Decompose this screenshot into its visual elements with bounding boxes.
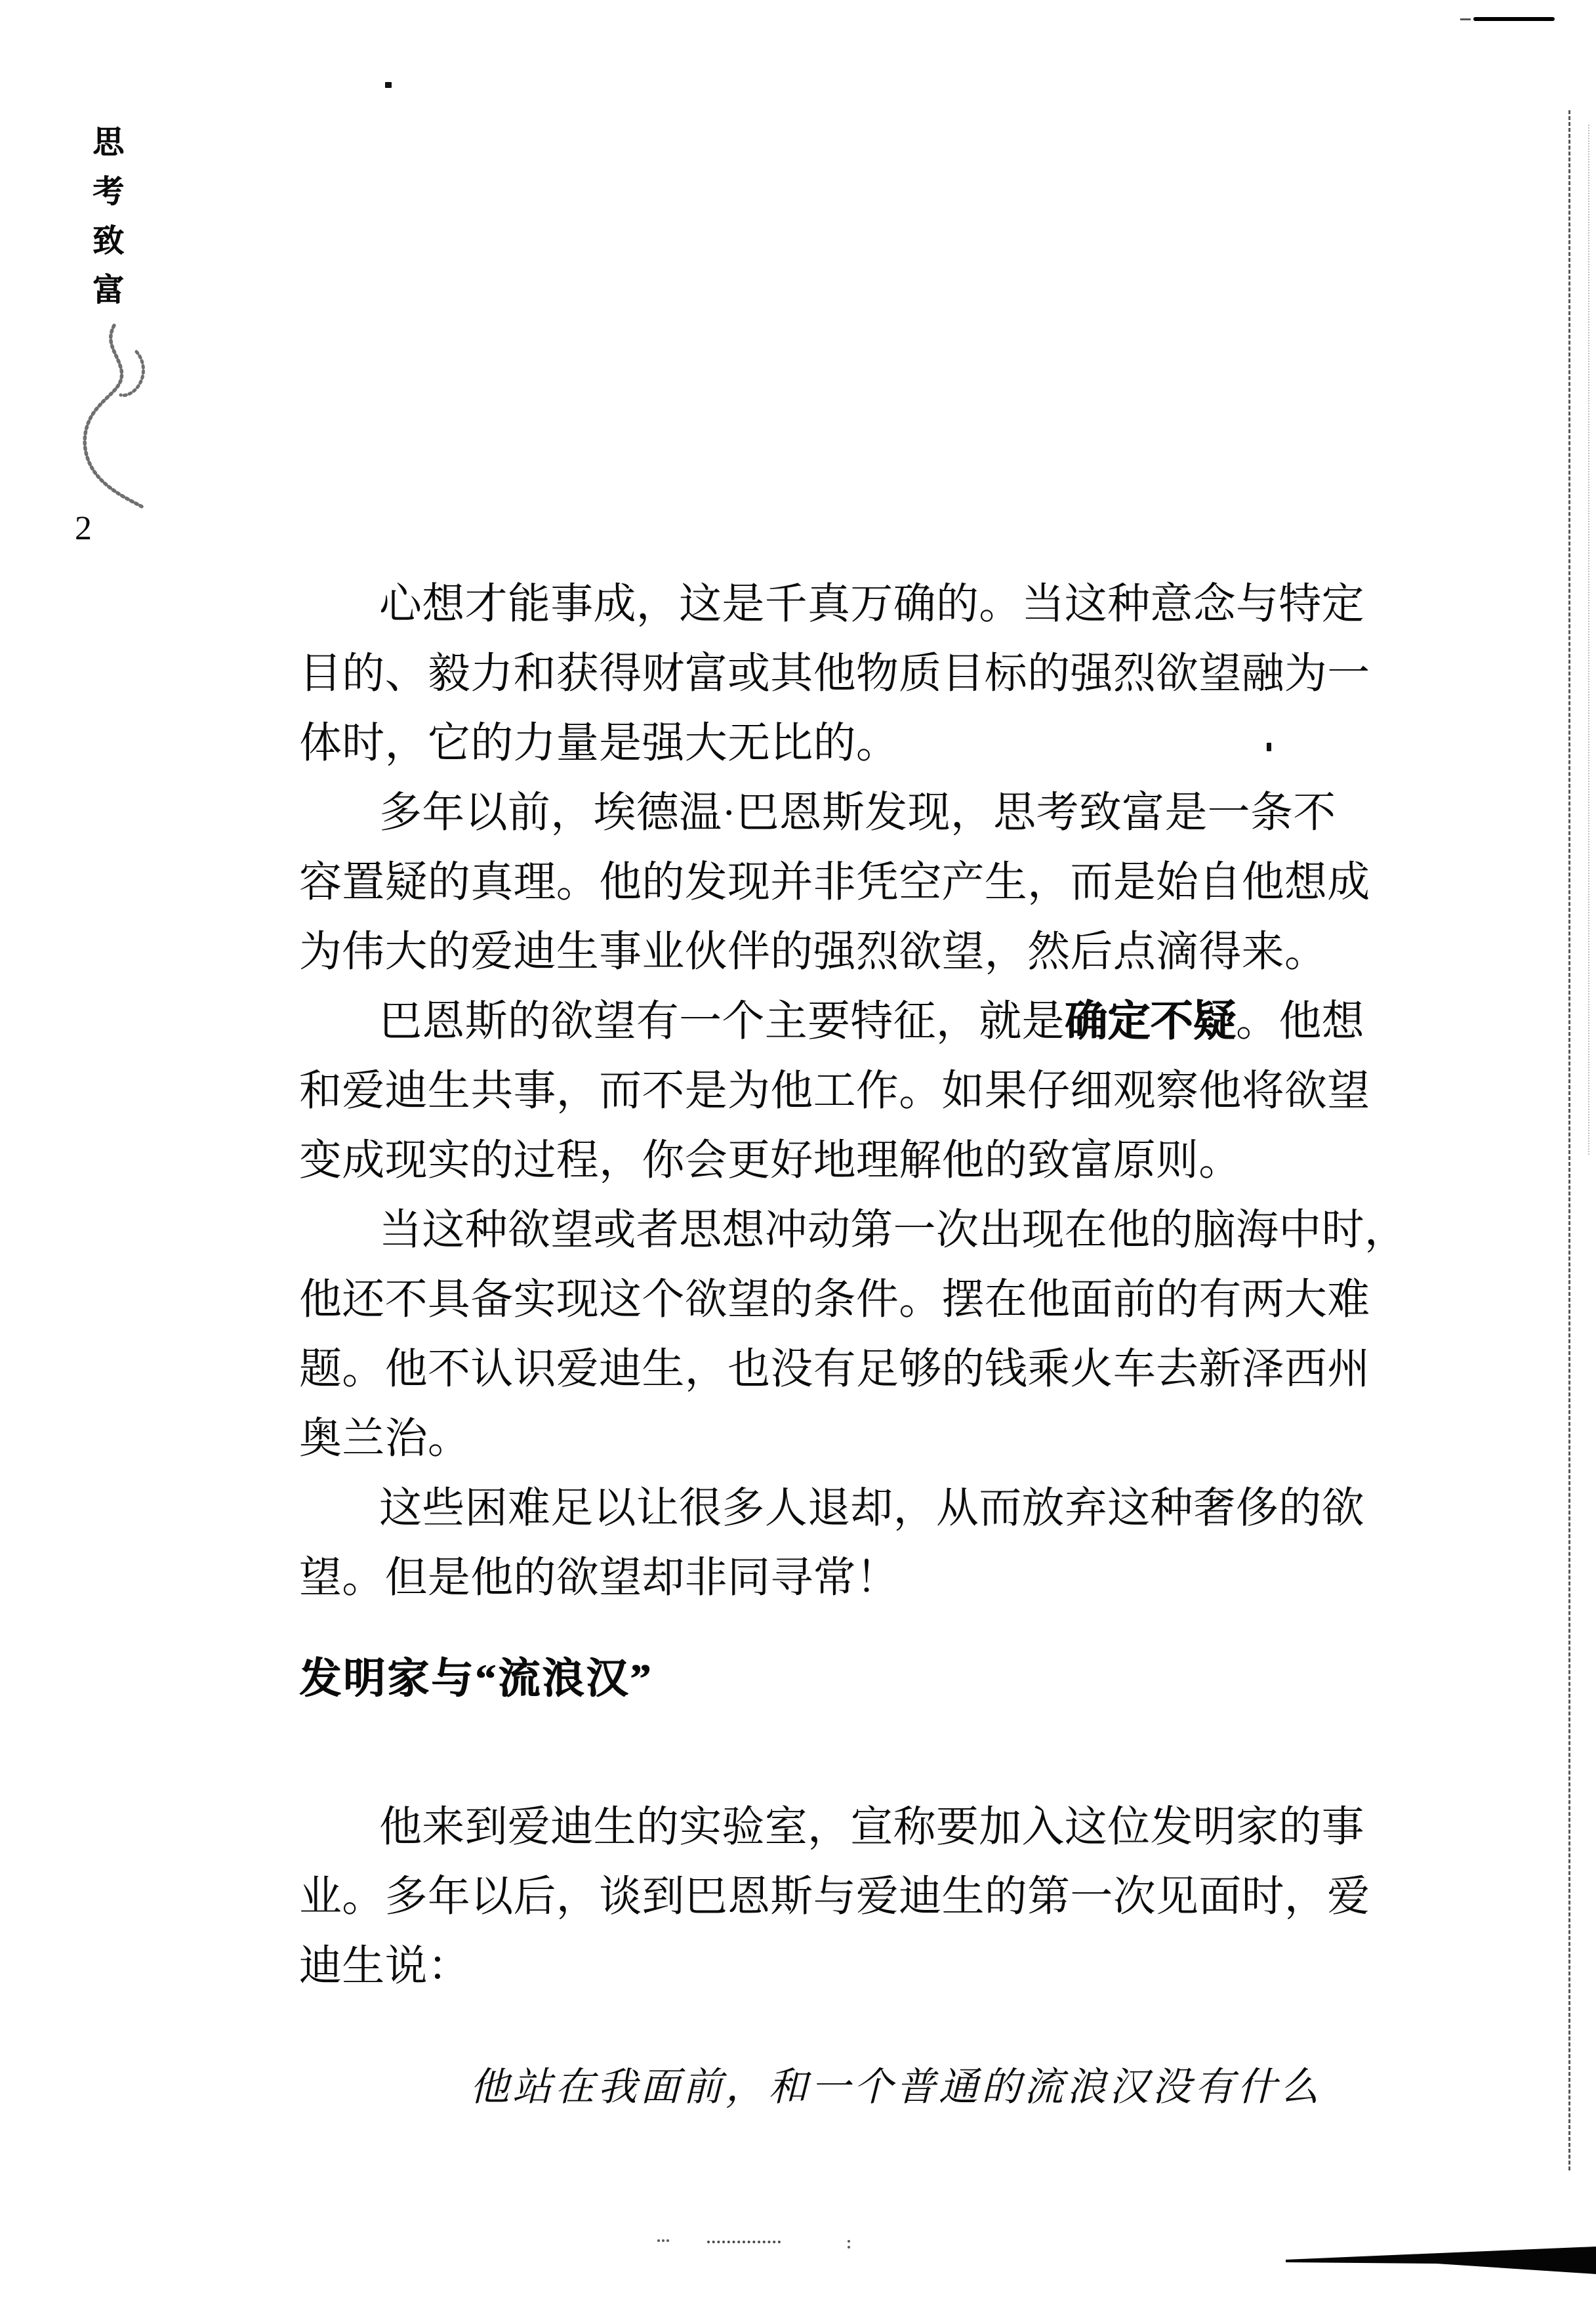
section-heading: 发明家与“流浪汉” xyxy=(299,1644,1388,1714)
body-text-line: 他还不具备实现这个欲望的条件。摆在他面前的有两大难 xyxy=(299,1265,1388,1335)
binding-dotted-line xyxy=(1588,125,1589,1155)
body-text-line: 奥兰治。 xyxy=(299,1404,1388,1474)
body-text-line: 容置疑的真理。他的发现并非凭空产生，而是始自他想成 xyxy=(299,848,1388,917)
body-text-line: 当这种欲望或者思想冲动第一次出现在他的脑海中时， xyxy=(299,1195,1388,1265)
body-text-line: 望。但是他的欲望却非同寻常！ xyxy=(299,1543,1388,1613)
book-title-char: 思 xyxy=(92,127,124,159)
body-text-line: 题。他不认识爱迪生，也没有足够的钱乘火车去新泽西州 xyxy=(299,1335,1388,1404)
body-text-line: 迪生说： xyxy=(299,1932,1388,2001)
body-text-line: 他来到爱迪生的实验室，宣称要加入这位发明家的事 xyxy=(299,1793,1388,1862)
bottom-dot-marks xyxy=(707,2241,781,2243)
body-text-line: 和爱迪生共事，而不是为他工作。如果仔细观察他将欲望 xyxy=(299,1056,1388,1126)
flourish-ornament xyxy=(72,323,148,516)
body-text-line: 体时，它的力量是强大无比的。 xyxy=(299,709,1388,778)
body-text-line: 为伟大的爱迪生事业伙伴的强烈欲望，然后点滴得来。 xyxy=(299,917,1388,987)
body-text-line: 心想才能事成，这是千真万确的。当这种意念与特定 xyxy=(299,570,1388,639)
book-title-vertical: 思 考 致 富 xyxy=(90,127,127,306)
body-text-line: 巴恩斯的欲望有一个主要特征，就是确定不疑。他想 xyxy=(299,987,1388,1056)
top-edge-rule-lead xyxy=(1460,18,1471,20)
bold-emphasis: 确定不疑 xyxy=(1065,998,1236,1045)
page-number: 2 xyxy=(75,512,92,546)
binding-dashed-line xyxy=(1568,110,1570,2170)
bottom-edge-smudge xyxy=(1279,2244,1596,2277)
body-text-line: 多年以前，埃德温·巴恩斯发现，思考致富是一条不 xyxy=(299,778,1388,848)
ink-speck xyxy=(385,82,392,88)
bottom-dot-marks xyxy=(657,2239,669,2242)
body-text-line: 变成现实的过程，你会更好地理解他的致富原则。 xyxy=(299,1126,1388,1195)
quote-line: 他站在我面前，和一个普通的流浪汉没有什么 xyxy=(299,2058,1388,2117)
ink-speck xyxy=(1267,743,1271,751)
book-title-char: 考 xyxy=(92,176,124,208)
book-title-char: 富 xyxy=(92,275,124,306)
book-title-char: 致 xyxy=(92,226,124,257)
body-text-line: 目的、毅力和获得财富或其他物质目标的强烈欲望融为一 xyxy=(299,639,1388,709)
body-text-line: 这些困难足以让很多人退却，从而放弃这种奢侈的欲 xyxy=(299,1474,1388,1543)
body-text-line: 业。多年以后，谈到巴恩斯与爱迪生的第一次见面时，爱 xyxy=(299,1862,1388,1932)
text-column: 心想才能事成，这是千真万确的。当这种意念与特定目的、毅力和获得财富或其他物质目标… xyxy=(299,570,1388,2117)
book-page: 思 考 致 富 2 心想才能事成，这是千真万确的。当这种意念与特定目的、毅力和获… xyxy=(0,0,1596,2301)
top-edge-rule xyxy=(1473,17,1555,21)
bottom-dot-marks xyxy=(848,2240,850,2249)
